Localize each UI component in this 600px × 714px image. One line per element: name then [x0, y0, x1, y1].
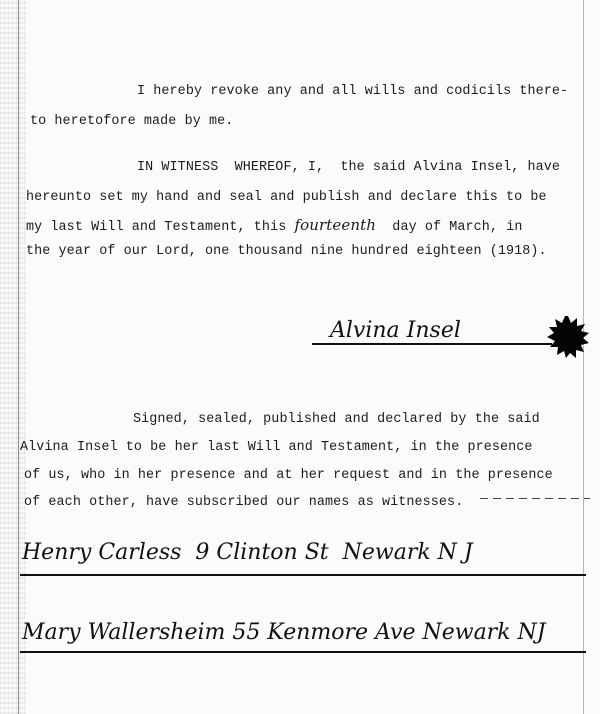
witness-signature-2: Mary Wallersheim 55 Kenmore Ave Newark N… [22, 620, 546, 645]
testator-signature: Alvina Insel [330, 318, 461, 343]
revocation-line-2: to heretofore made by me. [30, 114, 233, 129]
attestation-line-4: of each other, have subscribed our names… [24, 495, 463, 510]
revocation-line-1: I hereby revoke any and all wills and co… [137, 84, 568, 99]
witness-clause-line-2: hereunto set my hand and seal and publis… [26, 190, 547, 205]
scan-edge-noise [0, 0, 26, 714]
witness-clause-line-3: my last Will and Testament, this fourtee… [26, 216, 522, 235]
testator-signature-line [312, 343, 552, 345]
attestation-line-1: Signed, sealed, published and declared b… [133, 412, 540, 427]
handwritten-day: fourteenth [294, 216, 376, 234]
witness-2-signature-line [20, 651, 586, 653]
witness-clause-line-1: IN WITNESS WHEREOF, I, the said Alvina I… [137, 160, 560, 175]
witness-clause-line-4: the year of our Lord, one thousand nine … [26, 244, 547, 259]
dashed-fill-line [480, 498, 590, 499]
witness-clause-line-3-start: my last Will and Testament, this [26, 220, 294, 235]
attestation-line-3: of us, who in her presence and at her re… [24, 468, 553, 483]
witness-signature-1: Henry Carless 9 Clinton St Newark N J [22, 540, 473, 565]
seal-icon [547, 316, 589, 358]
witness-clause-line-3-end: day of March, in [376, 220, 522, 235]
left-margin-line [18, 0, 19, 714]
attestation-line-2: Alvina Insel to be her last Will and Tes… [20, 440, 533, 455]
witness-1-signature-line [20, 574, 586, 576]
